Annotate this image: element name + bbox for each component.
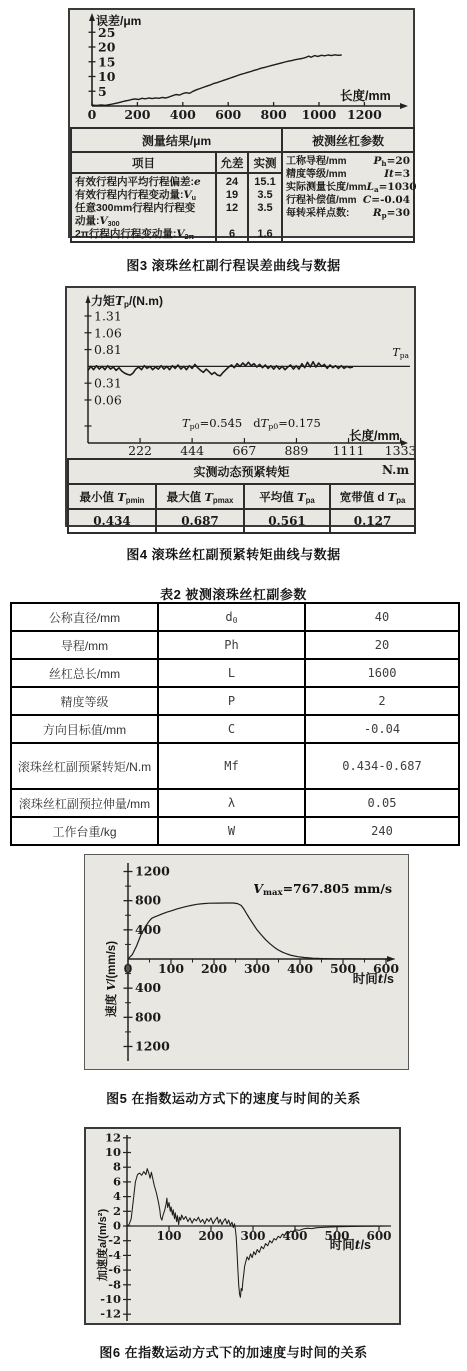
svg-text:200: 200 <box>198 1229 223 1243</box>
table-row-symbol: Mf <box>158 743 305 789</box>
fig3-measurement-table: 测量结果/μm 被测丝杠参数 项目 允差 实测 工称导程/mmPh=20 精度等… <box>70 127 415 243</box>
svg-text:400: 400 <box>135 922 161 937</box>
table-row-value: 240 <box>305 817 459 845</box>
table-row-value: 0.434-0.687 <box>305 743 459 789</box>
figure5-caption: 图5 在指数运动方式下的速度与时间的关系 <box>0 1088 467 1107</box>
svg-text:-4: -4 <box>108 1248 121 1262</box>
svg-text:0.06: 0.06 <box>94 392 122 407</box>
table-row: 有效行程内平均行程偏差:e <box>75 176 213 189</box>
figure3-panel: 510152025020040060080010001200 误差/μm 长度/… <box>68 8 415 238</box>
svg-text:100: 100 <box>158 961 184 976</box>
fig4-col-band: 宽带值 d Tpa <box>330 484 415 509</box>
svg-text:800: 800 <box>135 893 161 908</box>
svg-text:25: 25 <box>98 25 115 40</box>
document-page: 510152025020040060080010001200 误差/μm 长度/… <box>0 0 467 1371</box>
table2-title: 表2 被测滚珠丝杠副参数 <box>0 584 467 603</box>
svg-text:-6: -6 <box>108 1263 121 1277</box>
svg-text:4: 4 <box>113 1189 121 1203</box>
svg-text:1111: 1111 <box>333 443 365 458</box>
fig3-table-header-left: 测量结果/μm <box>71 128 282 152</box>
table-row-symbol: W <box>158 817 305 845</box>
svg-text:1000: 1000 <box>302 107 337 122</box>
table-row-label: 滚珠丝杠副预紧转矩/N.m <box>11 743 158 789</box>
fig4-val-band: 0.127 <box>330 509 415 533</box>
svg-text:15: 15 <box>98 54 115 69</box>
svg-text:200: 200 <box>124 107 150 122</box>
figure5-panel: 120080040040080012000100200300400500600 … <box>84 854 409 1070</box>
svg-text:-2: -2 <box>108 1233 121 1247</box>
svg-text:600: 600 <box>373 961 399 976</box>
fig3-col-item: 项目 <box>71 152 216 173</box>
svg-text:1200: 1200 <box>135 1038 170 1053</box>
table-row-label: 滚珠丝杠副预拉伸量/mm <box>11 789 158 817</box>
figure3-error-chart: 510152025020040060080010001200 <box>70 10 413 127</box>
fig3-table-header-right: 被测丝杠参数 <box>282 128 414 152</box>
param-line: 行程补偿值/mmC=-0.04 <box>286 194 410 207</box>
svg-text:10: 10 <box>105 1145 121 1159</box>
svg-text:889: 889 <box>285 443 309 458</box>
figure6-caption: 图6 在指数运动方式下的加速度与时间的关系 <box>0 1342 467 1361</box>
svg-text:0.31: 0.31 <box>94 376 122 391</box>
fig4-col-avg: 平均值 Tpa <box>244 484 330 509</box>
svg-text:20: 20 <box>98 40 116 55</box>
fig4-torque-table: 实测动态预紧转矩 N.m 最小值 Tpmin 最大值 Tpmax 平均值 Tpa… <box>67 458 416 534</box>
svg-text:8: 8 <box>113 1160 121 1174</box>
figure5-velocity-chart: 120080040040080012000100200300400500600 <box>85 855 407 1068</box>
table-row-symbol: L <box>158 659 305 687</box>
table-row-symbol: C <box>158 715 305 743</box>
figure4-torque-chart: 0.060.310.811.061.3122244466788911111333 <box>67 288 414 458</box>
fig4-val-max: 0.687 <box>156 509 244 533</box>
svg-text:200: 200 <box>201 961 227 976</box>
table-row-label: 丝杠总长/mm <box>11 659 158 687</box>
table-row-value: 0.05 <box>305 789 459 817</box>
svg-text:6: 6 <box>113 1174 121 1188</box>
svg-text:1.06: 1.06 <box>94 325 122 340</box>
table-row-label: 方向目标值/mm <box>11 715 158 743</box>
svg-text:667: 667 <box>232 443 256 458</box>
table-row-value: 2 <box>305 687 459 715</box>
table-row-symbol: d0 <box>158 603 305 631</box>
table-row: 有效行程内行程变动量:Vu <box>75 189 213 202</box>
svg-text:444: 444 <box>180 443 204 458</box>
svg-text:500: 500 <box>330 961 356 976</box>
table-row: 2π行程内行程变动量:V2π <box>75 228 213 241</box>
svg-text:400: 400 <box>287 961 313 976</box>
svg-text:0.81: 0.81 <box>94 342 122 357</box>
fig3-col-tolerance: 允差 <box>216 152 248 173</box>
svg-text:-8: -8 <box>108 1277 121 1291</box>
table-row-value: 40 <box>305 603 459 631</box>
table-row: 任意300mm行程内行程变动量:V300 <box>75 202 213 228</box>
fig4-val-min: 0.434 <box>68 509 156 533</box>
param-line: 工称导程/mmPh=20 <box>286 155 410 168</box>
svg-text:1.31: 1.31 <box>94 308 122 323</box>
svg-text:5: 5 <box>98 84 107 99</box>
table-row-value: 20 <box>305 631 459 659</box>
svg-text:400: 400 <box>282 1229 307 1243</box>
svg-text:800: 800 <box>261 107 287 122</box>
fig3-col-measured: 实测 <box>248 152 282 173</box>
fig4-table-title-row: 实测动态预紧转矩 N.m <box>68 459 415 484</box>
param-line: 每转采样点数:Rp=30 <box>286 207 410 220</box>
svg-text:2: 2 <box>113 1204 121 1218</box>
svg-text:0: 0 <box>113 1219 121 1233</box>
figure3-caption: 图3 滚珠丝杠副行程误差曲线与数据 <box>0 255 467 274</box>
fig4-col-min: 最小值 Tpmin <box>68 484 156 509</box>
svg-text:10: 10 <box>98 69 116 84</box>
table-row-symbol: Ph <box>158 631 305 659</box>
table2-parameters: 公称直径/mmd040 导程/mmPh20 丝杠总长/mmL1600 精度等级P… <box>10 602 460 846</box>
svg-text:12: 12 <box>105 1130 121 1144</box>
fig4-col-max: 最大值 Tpmax <box>156 484 244 509</box>
svg-text:-12: -12 <box>100 1307 121 1321</box>
figure6-panel: -12-10-8-6-4-202468101210020030040050060… <box>84 1127 401 1325</box>
svg-text:600: 600 <box>366 1229 391 1243</box>
table-row-value: -0.04 <box>305 715 459 743</box>
svg-text:222: 222 <box>128 443 152 458</box>
svg-text:1200: 1200 <box>135 864 170 879</box>
svg-text:500: 500 <box>324 1229 349 1243</box>
svg-text:0: 0 <box>88 107 97 122</box>
fig4-table-title: 实测动态预紧转矩 <box>194 465 290 479</box>
table-row-value: 1600 <box>305 659 459 687</box>
svg-text:600: 600 <box>215 107 241 122</box>
svg-text:400: 400 <box>135 980 161 995</box>
param-line: 实际测量长度/mmLa=1030 <box>286 181 410 194</box>
figure4-caption: 图4 滚珠丝杠副预紧转矩曲线与数据 <box>0 544 467 563</box>
figure4-panel: 0.060.310.811.061.3122244466788911111333… <box>65 286 416 527</box>
fig4-val-avg: 0.561 <box>244 509 330 533</box>
svg-text:1200: 1200 <box>347 107 382 122</box>
table-row-label: 公称直径/mm <box>11 603 158 631</box>
svg-text:300: 300 <box>244 961 270 976</box>
fig3-measured-values: 15.13.5 3.5 1.6 <box>248 173 282 242</box>
fig3-tolerance-values: 2419 12 6 <box>216 173 248 242</box>
svg-text:0: 0 <box>124 961 133 976</box>
svg-text:100: 100 <box>156 1229 181 1243</box>
svg-text:400: 400 <box>170 107 196 122</box>
table-row-label: 工作台重/kg <box>11 817 158 845</box>
fig3-screw-params: 工称导程/mmPh=20 精度等级/mmIt=3 实际测量长度/mmLa=103… <box>282 152 414 242</box>
fig3-item-list: 有效行程内平均行程偏差:e 有效行程内行程变动量:Vu 任意300mm行程内行程… <box>71 173 216 242</box>
svg-text:1333: 1333 <box>385 443 414 458</box>
figure6-acceleration-chart: -12-10-8-6-4-202468101210020030040050060… <box>86 1129 399 1323</box>
svg-text:-10: -10 <box>100 1292 121 1306</box>
table-row-label: 导程/mm <box>11 631 158 659</box>
param-line: 精度等级/mmIt=3 <box>286 168 410 181</box>
svg-text:300: 300 <box>240 1229 265 1243</box>
table-row-symbol: P <box>158 687 305 715</box>
svg-text:800: 800 <box>135 1009 161 1024</box>
table-row-symbol: λ <box>158 789 305 817</box>
table-row-label: 精度等级 <box>11 687 158 715</box>
fig4-table-unit: N.m <box>382 463 409 477</box>
